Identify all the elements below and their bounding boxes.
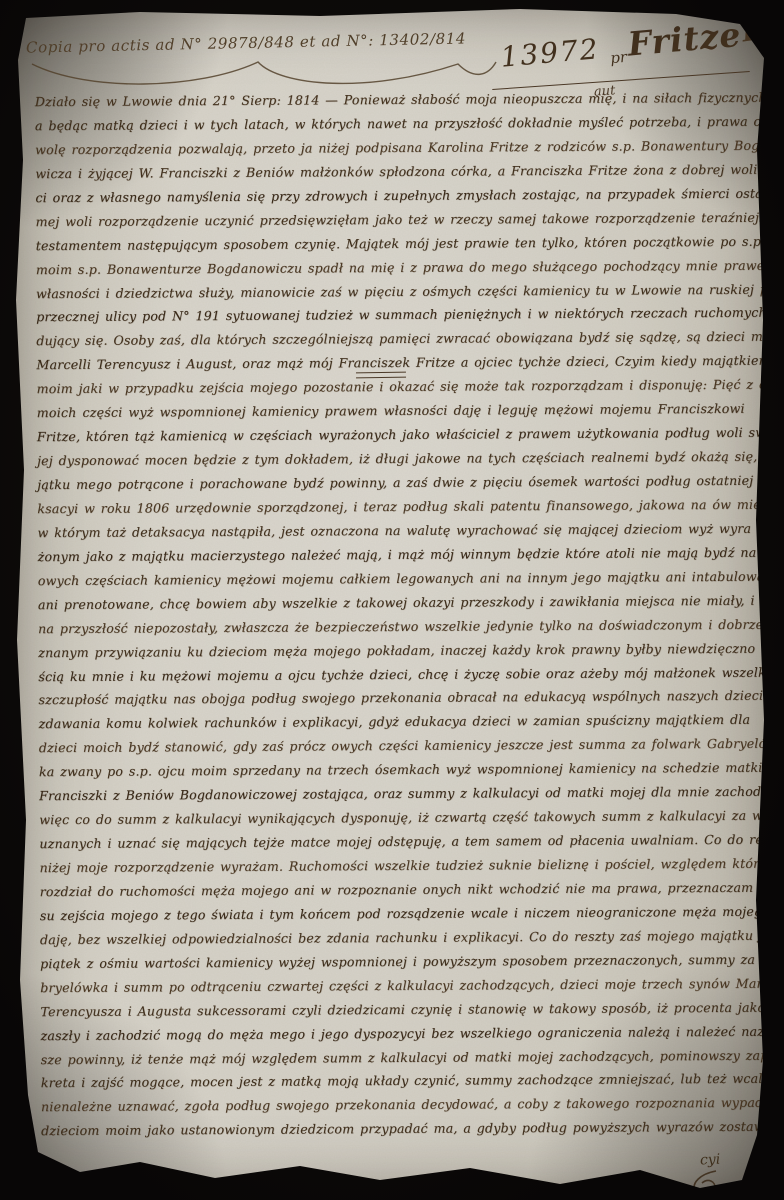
- manuscript-line: dzieciom moim jako ustanowionym dziedzic…: [41, 1115, 749, 1143]
- ink-underline: [356, 372, 406, 379]
- manuscript-line: zaszły i zachodzić mogą do męża mego i j…: [40, 1019, 748, 1047]
- registry-prefix: pr: [609, 48, 627, 67]
- manuscript-line: moim s.p. Bonawenturze Bogdanowiczu spad…: [36, 253, 744, 281]
- manuscript-body: Działo się w Lwowie dnia 21° Sierp: 1814…: [35, 86, 749, 1144]
- manuscript-page: Copia pro actis ad N° 29878/848 et ad N°…: [0, 0, 784, 1200]
- catchword: cyi: [700, 1151, 721, 1168]
- manuscript-line: znanym przywiązaniu ku dzieciom męża moj…: [38, 636, 746, 664]
- flourish-underline-icon: [18, 50, 518, 92]
